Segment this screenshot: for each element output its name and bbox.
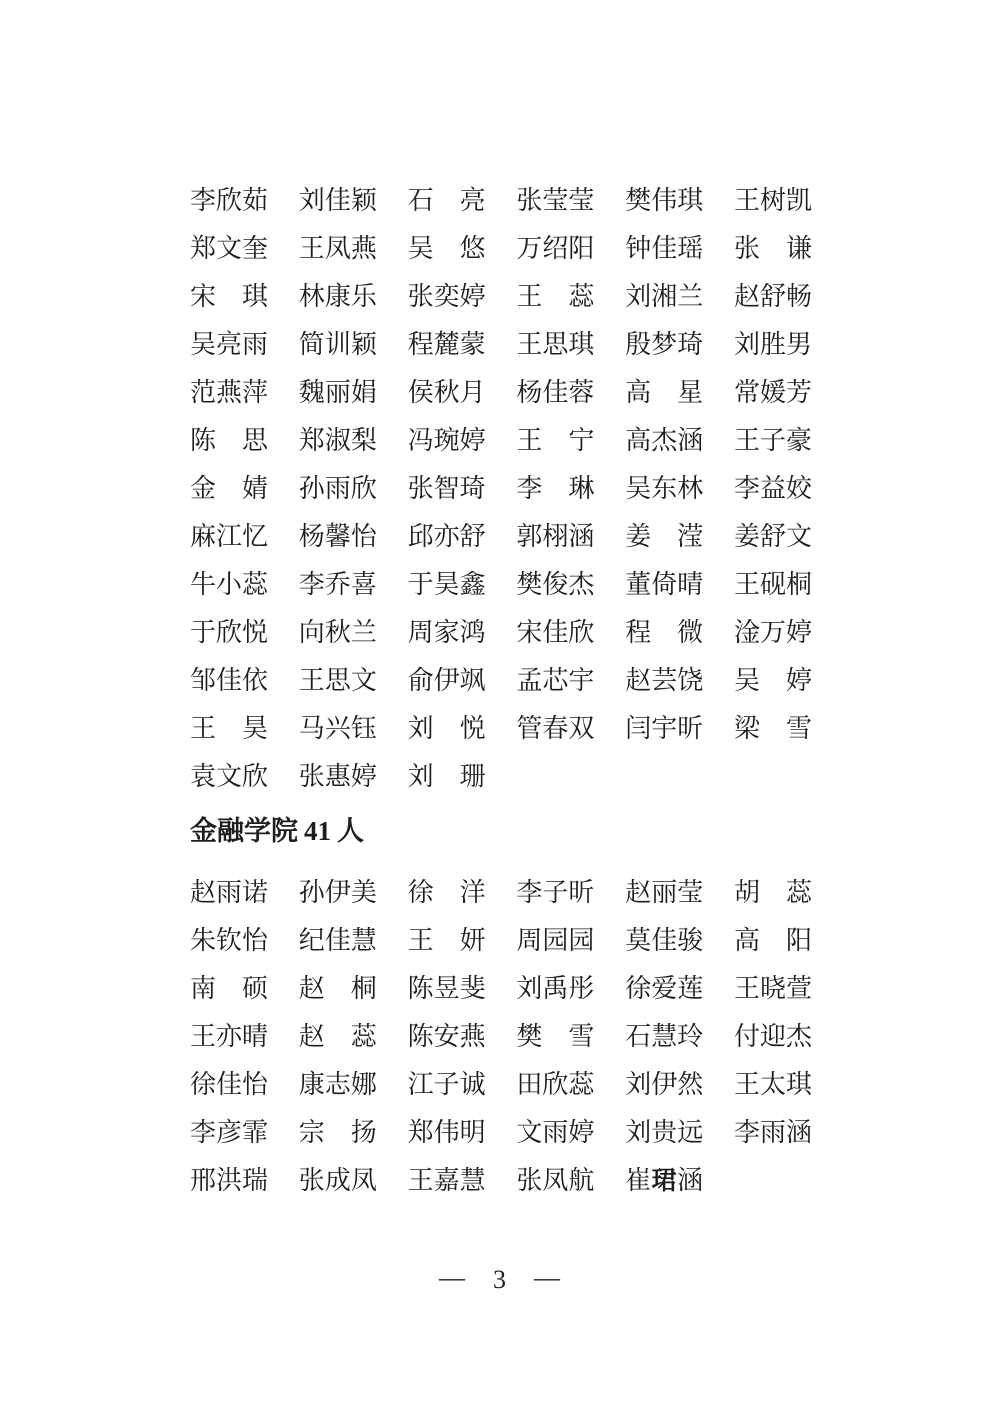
name-char: 伟 xyxy=(434,1120,460,1146)
name-char: 王 xyxy=(190,716,216,742)
name-char: 婷 xyxy=(460,284,486,310)
student-name: 麻江忆 xyxy=(190,524,268,550)
student-name: 牛小蕊 xyxy=(190,572,268,598)
name-char: 东 xyxy=(651,476,677,502)
student-name: 吴婷 xyxy=(734,668,812,694)
name-char: 豪 xyxy=(786,428,812,454)
student-name: 李彦霏 xyxy=(190,1120,268,1146)
student-name: 王妍 xyxy=(408,928,486,954)
name-char: 骏 xyxy=(677,928,703,954)
page-number: 3 xyxy=(493,1265,506,1295)
name-char: 慧 xyxy=(651,1024,677,1050)
name-char: 涵 xyxy=(677,1168,703,1194)
name-char: 佳 xyxy=(542,380,568,406)
student-name: 王树凯 xyxy=(734,188,812,214)
student-name: 李琳 xyxy=(516,476,594,502)
name-char: 邹 xyxy=(190,668,216,694)
name-char: 殷 xyxy=(625,332,651,358)
name-char: 思 xyxy=(325,668,351,694)
name-char: 莹 xyxy=(677,880,703,906)
name-char: 李 xyxy=(734,476,760,502)
name-char: 淦 xyxy=(734,620,760,646)
student-name: 袁文欣 xyxy=(190,764,268,790)
name-char: 高 xyxy=(625,428,651,454)
name-char: 硕 xyxy=(242,976,268,1002)
name-char: 颖 xyxy=(351,332,377,358)
section-header-unit: 人 xyxy=(337,816,364,846)
student-name: 赵桐 xyxy=(299,976,377,1002)
student-name: 张智琦 xyxy=(408,476,486,502)
name-char: 亮 xyxy=(216,332,242,358)
name-char: 瑞 xyxy=(242,1168,268,1194)
name-char: 江 xyxy=(408,1072,434,1098)
name-char: 樊 xyxy=(516,1024,542,1050)
name-char: 琦 xyxy=(677,332,703,358)
name-char: 姜 xyxy=(734,524,760,550)
name-char: 婷 xyxy=(786,668,812,694)
name-list-section-continued: 李欣茹刘佳颖石亮张莹莹樊伟琪王树凯郑文奎王凤燕吴悠万绍阳钟佳瑶张谦宋琪林康乐张奕… xyxy=(190,188,812,790)
name-char: 颖 xyxy=(351,188,377,214)
name-char: 梁 xyxy=(734,716,760,742)
student-name: 梁雪 xyxy=(734,716,812,742)
name-char: 杨 xyxy=(516,380,542,406)
name-char: 简 xyxy=(299,332,325,358)
name-char: 琦 xyxy=(460,476,486,502)
student-name: 郭栩涵 xyxy=(516,524,594,550)
name-char: 训 xyxy=(325,332,351,358)
name-char: 王 xyxy=(516,284,542,310)
name-char: 刘 xyxy=(734,332,760,358)
page-content: 李欣茹刘佳颖石亮张莹莹樊伟琪王树凯郑文奎王凤燕吴悠万绍阳钟佳瑶张谦宋琪林康乐张奕… xyxy=(190,188,812,1194)
name-char: 樊 xyxy=(516,572,542,598)
name-char: 明 xyxy=(460,1120,486,1146)
name-char: 常 xyxy=(734,380,760,406)
name-char: 鸿 xyxy=(460,620,486,646)
section-header-college: 金融学院 xyxy=(190,816,298,846)
name-char: 王 xyxy=(299,668,325,694)
student-name: 郑文奎 xyxy=(190,236,268,262)
student-name: 闫宇昕 xyxy=(625,716,703,742)
name-char: 王 xyxy=(734,188,760,214)
name-char: 舒 xyxy=(760,524,786,550)
name-char: 凤 xyxy=(542,1168,568,1194)
name-char: 陈 xyxy=(408,976,434,1002)
name-char: 凯 xyxy=(786,188,812,214)
student-name: 张谦 xyxy=(734,236,812,262)
name-char: 雨 xyxy=(242,332,268,358)
name-char: 雨 xyxy=(760,1120,786,1146)
name-char: 邢 xyxy=(190,1168,216,1194)
student-name: 石亮 xyxy=(408,188,486,214)
name-char: 彦 xyxy=(216,1120,242,1146)
name-char: 赵 xyxy=(190,880,216,906)
name-char: 吴 xyxy=(734,668,760,694)
name-char: 高 xyxy=(734,928,760,954)
name-char: 淑 xyxy=(325,428,351,454)
student-name: 王思琪 xyxy=(516,332,594,358)
name-char: 伊 xyxy=(325,880,351,906)
name-char: 智 xyxy=(434,476,460,502)
name-char: 妍 xyxy=(460,928,486,954)
name-char: 砚 xyxy=(760,572,786,598)
name-char: 涵 xyxy=(677,428,703,454)
name-char: 扬 xyxy=(351,1120,377,1146)
name-char: 悠 xyxy=(460,236,486,262)
name-char: 赵 xyxy=(625,880,651,906)
student-name: 李欣茹 xyxy=(190,188,268,214)
name-char: 王 xyxy=(734,976,760,1002)
name-char: 琬 xyxy=(434,428,460,454)
name-char: 珺 xyxy=(652,1168,677,1194)
student-name: 刘珊 xyxy=(408,764,486,790)
name-char: 欣 xyxy=(216,188,242,214)
name-char: 燕 xyxy=(216,380,242,406)
name-char: 林 xyxy=(299,284,325,310)
name-char: 田 xyxy=(516,1072,542,1098)
name-char: 欣 xyxy=(216,620,242,646)
name-char: 金 xyxy=(190,476,216,502)
name-char: 江 xyxy=(216,524,242,550)
name-char: 婷 xyxy=(786,620,812,646)
student-name: 姜舒文 xyxy=(734,524,812,550)
name-char: 滢 xyxy=(677,524,703,550)
name-char: 于 xyxy=(408,572,434,598)
name-char: 微 xyxy=(677,620,703,646)
name-char: 奕 xyxy=(434,284,460,310)
name-char: 郭 xyxy=(516,524,542,550)
name-char: 丽 xyxy=(325,380,351,406)
name-char: 徐 xyxy=(408,880,434,906)
name-char: 樊 xyxy=(625,188,651,214)
name-char: 郑 xyxy=(190,236,216,262)
student-name: 田欣蕊 xyxy=(516,1072,594,1098)
name-char: 凤 xyxy=(325,236,351,262)
name-char: 雪 xyxy=(786,716,812,742)
student-name: 孙伊美 xyxy=(299,880,377,906)
name-char: 玲 xyxy=(677,1024,703,1050)
name-char: 怡 xyxy=(351,524,377,550)
name-char: 婷 xyxy=(460,428,486,454)
name-char: 燕 xyxy=(460,1024,486,1050)
student-name: 樊伟琪 xyxy=(625,188,703,214)
name-char: 南 xyxy=(190,976,216,1002)
student-name: 杨馨怡 xyxy=(299,524,377,550)
name-char: 远 xyxy=(677,1120,703,1146)
name-char: 益 xyxy=(760,476,786,502)
name-char: 忆 xyxy=(242,524,268,550)
name-char: 李 xyxy=(516,880,542,906)
name-char: 文 xyxy=(216,764,242,790)
name-char: 马 xyxy=(299,716,325,742)
name-char: 谦 xyxy=(786,236,812,262)
name-char: 乐 xyxy=(351,284,377,310)
name-char: 张 xyxy=(299,1168,325,1194)
name-char: 宁 xyxy=(568,428,594,454)
name-char: 茹 xyxy=(242,188,268,214)
name-char: 李 xyxy=(734,1120,760,1146)
name-char: 禹 xyxy=(542,976,568,1002)
name-char: 王 xyxy=(734,1072,760,1098)
section-header: 金融学院41人 xyxy=(190,815,812,847)
page-footer: — 3 — xyxy=(0,1265,999,1295)
name-char: 侯 xyxy=(408,380,434,406)
student-name: 王嘉慧 xyxy=(408,1168,486,1194)
student-name: 张惠婷 xyxy=(299,764,377,790)
name-char: 伊 xyxy=(651,1072,677,1098)
student-name: 王宁 xyxy=(516,428,594,454)
name-char: 刘 xyxy=(299,188,325,214)
name-char: 佳 xyxy=(325,188,351,214)
name-char: 惠 xyxy=(325,764,351,790)
name-char: 李 xyxy=(190,188,216,214)
name-char: 管 xyxy=(516,716,542,742)
name-char: 萱 xyxy=(786,976,812,1002)
name-char: 婷 xyxy=(351,764,377,790)
name-char: 安 xyxy=(434,1024,460,1050)
name-char: 涵 xyxy=(786,1120,812,1146)
name-char: 向 xyxy=(299,620,325,646)
name-char: 康 xyxy=(325,284,351,310)
student-name: 魏丽娟 xyxy=(299,380,377,406)
name-list-section-finance: 金融学院41人 赵雨诺孙伊美徐洋李子昕赵丽莹胡蕊朱钦怡纪佳慧王妍周园园莫佳骏高阳… xyxy=(190,815,812,1194)
name-char: 杰 xyxy=(786,1024,812,1050)
name-char: 杰 xyxy=(651,428,677,454)
student-name: 张莹莹 xyxy=(516,188,594,214)
student-name: 淦万婷 xyxy=(734,620,812,646)
name-char: 张 xyxy=(516,188,542,214)
name-char: 蕊 xyxy=(786,880,812,906)
name-char: 桐 xyxy=(351,976,377,1002)
student-name: 宗扬 xyxy=(299,1120,377,1146)
name-char: 雨 xyxy=(542,1120,568,1146)
student-name: 钟佳瑶 xyxy=(625,236,703,262)
name-char: 思 xyxy=(542,332,568,358)
student-name: 王昊 xyxy=(190,716,268,742)
name-char: 刘 xyxy=(408,764,434,790)
name-char: 赵 xyxy=(625,668,651,694)
name-char: 秋 xyxy=(325,620,351,646)
name-char: 爱 xyxy=(651,976,677,1002)
name-char: 晓 xyxy=(760,976,786,1002)
student-name: 张成凤 xyxy=(299,1168,377,1194)
name-char: 麻 xyxy=(190,524,216,550)
name-char: 娜 xyxy=(351,1072,377,1098)
name-char: 李 xyxy=(516,476,542,502)
student-name: 冯琬婷 xyxy=(408,428,486,454)
name-char: 文 xyxy=(216,236,242,262)
name-char: 刘 xyxy=(516,976,542,1002)
name-char: 子 xyxy=(434,1072,460,1098)
student-name: 文雨婷 xyxy=(516,1120,594,1146)
name-char: 燕 xyxy=(351,236,377,262)
name-char: 万 xyxy=(760,620,786,646)
name-char: 雨 xyxy=(325,476,351,502)
student-name: 管春双 xyxy=(516,716,594,742)
name-char: 嘉 xyxy=(434,1168,460,1194)
name-char: 宋 xyxy=(516,620,542,646)
student-name: 王凤燕 xyxy=(299,236,377,262)
name-char: 钦 xyxy=(216,928,242,954)
name-char: 怡 xyxy=(242,1072,268,1098)
student-name: 刘佳颖 xyxy=(299,188,377,214)
student-name: 刘伊然 xyxy=(625,1072,703,1098)
document-page: 李欣茹刘佳颖石亮张莹莹樊伟琪王树凯郑文奎王凤燕吴悠万绍阳钟佳瑶张谦宋琪林康乐张奕… xyxy=(0,0,999,1414)
name-char: 周 xyxy=(516,928,542,954)
name-char: 悦 xyxy=(460,716,486,742)
name-char: 李 xyxy=(190,1120,216,1146)
name-char: 杨 xyxy=(299,524,325,550)
name-char: 郑 xyxy=(408,1120,434,1146)
name-char: 昊 xyxy=(434,572,460,598)
name-char: 朱 xyxy=(190,928,216,954)
name-char: 畅 xyxy=(786,284,812,310)
name-char: 陈 xyxy=(408,1024,434,1050)
name-char: 佳 xyxy=(542,620,568,646)
student-name: 张奕婷 xyxy=(408,284,486,310)
name-char: 月 xyxy=(460,380,486,406)
name-char: 家 xyxy=(434,620,460,646)
name-char: 绍 xyxy=(542,236,568,262)
student-name: 姜滢 xyxy=(625,524,703,550)
student-name: 高杰涵 xyxy=(625,428,703,454)
student-name: 李益姣 xyxy=(734,476,812,502)
student-name: 刘湘兰 xyxy=(625,284,703,310)
name-char: 袁 xyxy=(190,764,216,790)
student-name: 刘贵远 xyxy=(625,1120,703,1146)
name-char: 程 xyxy=(408,332,434,358)
name-char: 亦 xyxy=(434,524,460,550)
student-name: 俞伊飒 xyxy=(408,668,486,694)
name-char: 石 xyxy=(625,1024,651,1050)
name-char: 男 xyxy=(786,332,812,358)
student-name: 徐洋 xyxy=(408,880,486,906)
student-name: 王晓萱 xyxy=(734,976,812,1002)
name-char: 欣 xyxy=(542,1072,568,1098)
student-name: 王思文 xyxy=(299,668,377,694)
name-char: 伟 xyxy=(651,188,677,214)
name-char: 邱 xyxy=(408,524,434,550)
name-char: 慧 xyxy=(351,928,377,954)
name-char: 胡 xyxy=(734,880,760,906)
name-char: 迎 xyxy=(760,1024,786,1050)
student-name: 杨佳蓉 xyxy=(516,380,594,406)
name-char: 万 xyxy=(516,236,542,262)
name-char: 魏 xyxy=(299,380,325,406)
name-char: 蕊 xyxy=(568,1072,594,1098)
name-char: 张 xyxy=(734,236,760,262)
name-char: 莹 xyxy=(542,188,568,214)
student-name: 周园园 xyxy=(516,928,594,954)
name-char: 昕 xyxy=(677,716,703,742)
name-char: 张 xyxy=(408,284,434,310)
student-name: 王蕊 xyxy=(516,284,594,310)
student-name: 陈昱斐 xyxy=(408,976,486,1002)
name-char: 王 xyxy=(408,1168,434,1194)
name-char: 孙 xyxy=(299,476,325,502)
student-name: 郑伟明 xyxy=(408,1120,486,1146)
name-char: 太 xyxy=(760,1072,786,1098)
student-name: 侯秋月 xyxy=(408,380,486,406)
student-name: 付迎杰 xyxy=(734,1024,812,1050)
name-char: 小 xyxy=(216,572,242,598)
name-char: 奎 xyxy=(242,236,268,262)
name-char: 佳 xyxy=(651,236,677,262)
name-char: 纪 xyxy=(299,928,325,954)
name-char: 倚 xyxy=(651,572,677,598)
student-name: 简训颖 xyxy=(299,332,377,358)
name-char: 霏 xyxy=(242,1120,268,1146)
student-name: 常媛芳 xyxy=(734,380,812,406)
name-char: 程 xyxy=(625,620,651,646)
student-name: 向秋兰 xyxy=(299,620,377,646)
name-char: 王 xyxy=(408,928,434,954)
name-char: 芳 xyxy=(786,380,812,406)
name-char: 徐 xyxy=(190,1072,216,1098)
name-char: 欣 xyxy=(242,764,268,790)
name-char: 桐 xyxy=(786,572,812,598)
student-name: 朱钦怡 xyxy=(190,928,268,954)
name-char: 慧 xyxy=(460,1168,486,1194)
name-char: 于 xyxy=(190,620,216,646)
name-char: 晴 xyxy=(242,1024,268,1050)
name-char: 馨 xyxy=(325,524,351,550)
name-char: 晴 xyxy=(677,572,703,598)
name-char: 姣 xyxy=(786,476,812,502)
name-char: 悦 xyxy=(242,620,268,646)
name-char: 王 xyxy=(734,572,760,598)
name-char: 王 xyxy=(299,236,325,262)
student-name: 孟芯宇 xyxy=(516,668,594,694)
student-name: 孙雨欣 xyxy=(299,476,377,502)
name-char: 琪 xyxy=(786,1072,812,1098)
name-char: 周 xyxy=(408,620,434,646)
name-char: 徐 xyxy=(625,976,651,1002)
student-name: 邢洪瑞 xyxy=(190,1168,268,1194)
name-char: 莹 xyxy=(568,188,594,214)
name-char: 钟 xyxy=(625,236,651,262)
name-char: 雨 xyxy=(216,880,242,906)
student-name: 周家鸿 xyxy=(408,620,486,646)
name-char: 成 xyxy=(325,1168,351,1194)
name-char: 怡 xyxy=(242,928,268,954)
student-name: 刘悦 xyxy=(408,716,486,742)
name-char: 刘 xyxy=(625,284,651,310)
name-char: 阳 xyxy=(568,236,594,262)
name-char: 莲 xyxy=(677,976,703,1002)
name-char: 芯 xyxy=(542,668,568,694)
student-name: 邹佳依 xyxy=(190,668,268,694)
name-char: 然 xyxy=(677,1072,703,1098)
name-char: 佳 xyxy=(651,928,677,954)
name-char: 文 xyxy=(516,1120,542,1146)
student-name: 李乔喜 xyxy=(299,572,377,598)
name-char: 湘 xyxy=(651,284,677,310)
student-name: 赵雨诺 xyxy=(190,880,268,906)
name-char: 董 xyxy=(625,572,651,598)
name-char: 文 xyxy=(351,668,377,694)
name-char: 姜 xyxy=(625,524,651,550)
student-name: 陈思 xyxy=(190,428,268,454)
name-char: 蓉 xyxy=(568,380,594,406)
name-char: 依 xyxy=(242,668,268,694)
student-name: 李子昕 xyxy=(516,880,594,906)
name-char: 宋 xyxy=(190,284,216,310)
student-name: 宋佳欣 xyxy=(516,620,594,646)
student-name: 于昊鑫 xyxy=(408,572,486,598)
student-name: 樊雪 xyxy=(516,1024,594,1050)
name-char: 张 xyxy=(516,1168,542,1194)
name-char: 琪 xyxy=(568,332,594,358)
